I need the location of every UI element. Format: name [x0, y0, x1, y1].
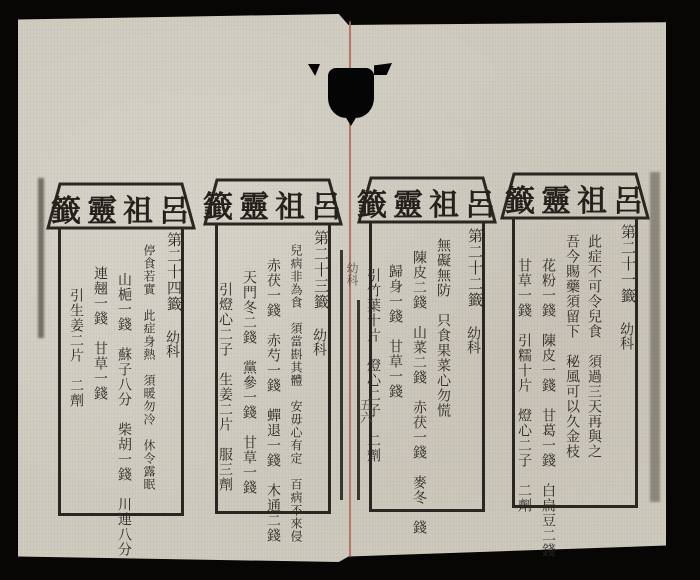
- title-glyph: 籤: [203, 182, 235, 226]
- verse-line-1: 無礙無防 只食果菜心勿慌: [435, 238, 451, 418]
- title-glyph: 靈: [87, 186, 119, 230]
- page-number: 五六: [355, 398, 374, 424]
- verse-line-1: 兒病非為食 須當斟其體 安毋心有定 百病不來侵: [289, 244, 303, 543]
- gutter-notch-bottom: [342, 556, 358, 570]
- gutter-category: 幼科: [344, 262, 361, 286]
- prescription-line-1: 赤茯一錢 赤芍一錢 蟬退一錢 木通二錢: [265, 258, 281, 543]
- title-glyph: 呂: [311, 182, 343, 226]
- slip-category: 幼科: [463, 326, 483, 354]
- prescription-line-2: 連翹一錢 甘草一錢: [92, 266, 108, 401]
- title-glyph: 祖: [123, 186, 155, 230]
- left-edge-wear: [38, 178, 44, 338]
- prescription-line-2: 天門冬二錢 黨參一錢 甘草一錢: [241, 270, 257, 495]
- oracle-panel-23: 呂祖靈籤 第二十三籤 幼科 兒病非為食 須當斟其體 安毋心有定 百病不來侵 赤茯…: [203, 178, 343, 514]
- prescription-line-2: 甘草一錢 引糯十片 燈心二子 二劑: [516, 258, 532, 513]
- title-glyph: 靈: [393, 180, 425, 224]
- title-glyph: 呂: [613, 176, 645, 220]
- slip-category: 幼科: [616, 322, 636, 350]
- verse-line-1: 此症不可令兒食 須過三天再與之: [586, 234, 602, 459]
- title-glyph: 祖: [429, 180, 461, 224]
- panel-title: 呂祖靈籤: [357, 180, 497, 224]
- prescription-line-2: 歸身一錢 甘草一錢: [387, 264, 403, 399]
- slip-category: 幼科: [309, 328, 329, 356]
- title-glyph: 籤: [505, 176, 537, 220]
- gutter-rule-left: [340, 250, 343, 500]
- title-glyph: 靈: [541, 176, 573, 220]
- title-glyph: 呂: [159, 186, 191, 230]
- title-glyph: 祖: [577, 176, 609, 220]
- title-glyph: 呂: [465, 180, 497, 224]
- gutter-notch-top: [343, 10, 357, 22]
- slip-number: 第二十一籤: [620, 224, 636, 304]
- prescription-line-3: 引生姜二片 二劑: [68, 288, 84, 408]
- prescription-line-3: 引竹葉十片 燈心二子 二劑: [365, 268, 381, 463]
- slip-number: 第二十四籤: [166, 232, 182, 312]
- prescription-line-3: 引燈心二子 生姜二片 服三劑: [217, 282, 233, 492]
- oracle-panel-22: 呂祖靈籤 第二十二籤 幼科 無礙無防 只食果菜心勿慌 陳皮二錢 山菜二錢 赤茯一…: [357, 176, 497, 512]
- oracle-panel-21: 呂祖靈籤 第二十一籤 幼科 此症不可令兒食 須過三天再與之 吾今賜藥須留下 秘風…: [500, 172, 650, 508]
- title-glyph: 籤: [51, 186, 83, 230]
- oracle-panel-24: 呂祖靈籤 第二十四籤 幼科 停食若實 此症身熱 須暖勿冷 休令露眠 山梔一錢 蘇…: [46, 182, 196, 516]
- prescription-line-1: 花粉一錢 陳皮一錢 甘葛一錢 白扁豆二錢: [540, 258, 556, 558]
- panel-title: 呂祖靈籤: [46, 186, 196, 230]
- panel-title: 呂祖靈籤: [500, 176, 650, 220]
- verse-line-2: 吾今賜藥須留下 秘風可以久金枝: [564, 234, 580, 459]
- panel-title: 呂祖靈籤: [203, 182, 343, 226]
- slip-number: 第二十二籤: [467, 228, 483, 308]
- prescription-line-1: 陳皮二錢 山菜二錢 赤茯一錢 麥冬一錢: [411, 250, 427, 535]
- prescription-line-1: 山梔一錢 蘇子八分 柴胡一錢 川連八分: [116, 272, 132, 557]
- verse-line-1: 停食若實 此症身熱 須暖勿冷 休令露眠: [142, 244, 156, 491]
- ink-blot: [328, 68, 374, 118]
- right-edge-wear: [650, 172, 660, 502]
- title-glyph: 靈: [239, 182, 271, 226]
- slip-category: 幼科: [162, 330, 182, 358]
- slip-number: 第二十三籤: [313, 230, 329, 310]
- title-glyph: 祖: [275, 182, 307, 226]
- title-glyph: 籤: [357, 180, 389, 224]
